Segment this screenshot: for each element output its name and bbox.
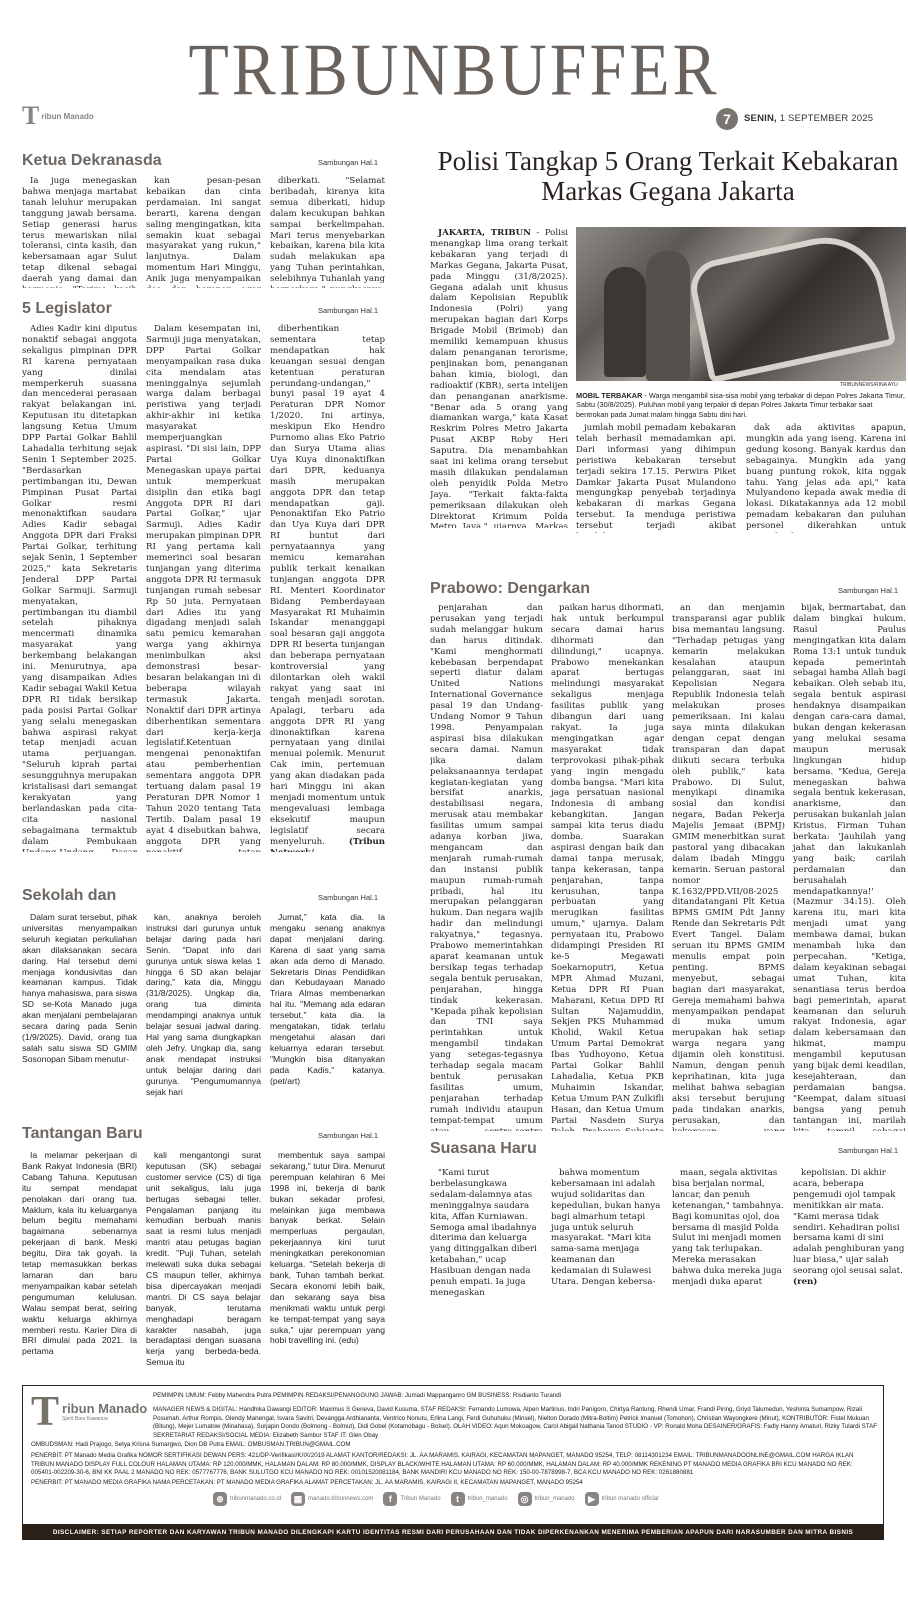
article-prabowo: penjarahan dan perusakan yang terjadi su…	[430, 603, 906, 1131]
footer-logo: T ribun Manado Spirit Baru Kawanua	[31, 1392, 147, 1432]
youtube-icon: ▶	[585, 1492, 599, 1506]
tribun-manado-logo: T ribun Manado	[22, 104, 94, 128]
sambungan-suasana: Sambungan Hal.1	[838, 1146, 898, 1155]
article-text: - Polisi menangkap lima orang terkait ke…	[430, 228, 568, 528]
article-tantangan: Ia melamar pekerjaan di Bank Rakyat Indo…	[22, 1150, 385, 1372]
globe-icon: ⊕	[213, 1492, 227, 1506]
news-photo-burnt-car	[576, 227, 906, 381]
issue-day: SENIN,	[744, 113, 777, 124]
imprint-leaders: PEMIMPIN UMUM: Febby Mahendra Putra PEMI…	[153, 1392, 879, 1401]
social-label: tribun_manado	[468, 1496, 508, 1502]
sambungan-legislator: Sambungan Hal.1	[318, 306, 378, 315]
article-text: Jumat," kata dia. Ia mengaku senang anak…	[270, 912, 385, 1087]
facebook-icon: f	[383, 1492, 397, 1506]
imprint-ombudsman: OMBUDSMAN: Hadi Prajogo, Setya Krisna Su…	[31, 1441, 877, 1450]
social-website[interactable]: ⊕tribunmanado.co.id	[213, 1492, 281, 1506]
article-suasana: "Kami turut berbelasungkawa sedalam-dala…	[430, 1168, 906, 1378]
photo-credit: TRIBUNNEWS/RINA AYU	[840, 382, 898, 388]
article-text: Adies Kadir kini diputus nonaktif sebaga…	[22, 324, 137, 852]
article-text: "Kami turut berbelasungkawa sedalam-dala…	[430, 1168, 543, 1299]
article-text: Dalam kesempatan ini, Sarmuji juga menya…	[146, 324, 261, 852]
section-title-ketua: Ketua Dekranasda	[22, 152, 162, 170]
sambungan-ketua: Sambungan Hal.1	[318, 158, 378, 167]
imprint-printer: PENERBIT: PT MANADO MEDIA GRAFIKA NAMA P…	[31, 1479, 877, 1488]
article-text: Dalam surat tersebut, pihak universitas …	[22, 912, 137, 1065]
article-text: jumlah mobil pemadam kebakaran telah ber…	[576, 423, 736, 533]
social-label: tribun_manado	[535, 1496, 575, 1502]
social-youtube[interactable]: ▶tribun manado official	[585, 1492, 659, 1506]
article-text: Ia juga menegaskan bahwa menjaga martaba…	[22, 176, 137, 288]
social-facebook[interactable]: fTribun Manado	[383, 1492, 440, 1506]
social-label: manado.tribunnews.com	[308, 1496, 373, 1502]
photo-figure	[604, 267, 646, 377]
article-legislator: Adies Kadir kini diputus nonaktif sebaga…	[22, 324, 385, 852]
imprint-staff: MANAGER NEWS & DIGITAL: Handhika Dawangi…	[153, 1406, 879, 1440]
article-text: dak ada aktivitas apapun, mungkin ada ya…	[746, 423, 906, 533]
article-text: paikan harus dihormati, hak untuk berkum…	[551, 603, 664, 1131]
photo-burnt-car	[686, 227, 897, 381]
article-text: bijak, bermartabat, dan dalam bingkai hu…	[793, 603, 906, 1131]
article-sekolah: Dalam surat tersebut, pihak universitas …	[22, 912, 385, 1102]
section-title-tantangan: Tantangan Baru	[22, 1125, 143, 1143]
imprint-box: T ribun Manado Spirit Baru Kawanua PEMIM…	[22, 1385, 884, 1525]
social-links: ⊕tribunmanado.co.id ▦manado.tribunnews.c…	[213, 1492, 659, 1506]
web-icon: ▦	[291, 1492, 305, 1506]
imprint-publisher: PENERBIT: PT Manado Media Grafika NOMOR …	[31, 1452, 877, 1478]
section-title-prabowo: Prabowo: Dengarkan	[430, 580, 590, 598]
social-web-portal[interactable]: ▦manado.tribunnews.com	[291, 1492, 373, 1506]
issue-date: SENIN, 1 SEPTEMBER 2025	[744, 113, 873, 124]
logo-initial: T	[22, 104, 39, 128]
article-signature: (ren)	[793, 1277, 817, 1287]
main-headline: Polisi Tangkap 5 Orang Terkait Kebakaran…	[430, 146, 906, 206]
social-instagram[interactable]: ◎tribun_manado	[518, 1492, 575, 1506]
article-text: an dan menjamin transparansi agar publik…	[672, 603, 785, 1131]
sambungan-sekolah: Sambungan Hal.1	[318, 893, 378, 902]
footer-logo-initial: T	[31, 1392, 59, 1432]
article-text: bahwa momentum kebersamaan ini adalah wu…	[551, 1168, 664, 1288]
social-twitter[interactable]: ttribun_manado	[451, 1492, 508, 1506]
article-text: diberkati. "Selamat beribadah, kiranya k…	[270, 176, 385, 288]
page-number-badge: 7	[716, 108, 738, 130]
article-text: diberhentikan sementara tetap mendapatka…	[270, 324, 385, 847]
instagram-icon: ◎	[518, 1492, 532, 1506]
section-title-sekolah: Sekolah dan	[22, 887, 116, 905]
main-story-cols: jumlah mobil pemadam kebakaran telah ber…	[576, 423, 906, 533]
footer-logo-tagline: Spirit Baru Kawanua	[62, 1416, 147, 1422]
footer-logo-name: ribun Manado	[62, 1402, 147, 1416]
article-text: penjarahan dan perusakan yang terjadi su…	[430, 603, 543, 1131]
social-label: tribun manado official	[602, 1496, 659, 1502]
photo-figure	[646, 251, 690, 381]
article-text: kan, anaknya beroleh instruksi dari guru…	[146, 912, 261, 1097]
article-text: Ia melamar pekerjaan di Bank Rakyat Indo…	[22, 1150, 137, 1357]
article-text: kepolisian. Di akhir acara, beberapa pen…	[793, 1168, 904, 1276]
article-text: membentuk saya sampai sekarang," tutur D…	[270, 1150, 385, 1346]
section-title-legislator: 5 Legislator	[22, 300, 112, 318]
disclaimer-bar: DISCLAIMER: SETIAP REPORTER DAN KARYAWAN…	[22, 1525, 884, 1540]
article-ketua: Ia juga menegaskan bahwa menjaga martaba…	[22, 176, 385, 288]
twitter-icon: t	[451, 1492, 465, 1506]
caption-lead: MOBIL TERBAKAR	[576, 391, 642, 400]
social-label: tribunmanado.co.id	[230, 1496, 281, 1502]
issue-date-text: 1 SEPTEMBER 2025	[777, 113, 873, 124]
masthead-title: TRIBUNBUFFER	[0, 32, 908, 110]
main-story-col1: JAKARTA, TRIBUN - Polisi menangkap lima …	[430, 228, 568, 528]
sambungan-tantangan: Sambungan Hal.1	[318, 1131, 378, 1140]
sambungan-prabowo: Sambungan Hal.1	[838, 586, 898, 595]
article-text: kali mengantongi surat keputusan (SK) se…	[146, 1150, 261, 1368]
logo-name: ribun Manado	[41, 112, 93, 121]
dateline: JAKARTA, TRIBUN	[438, 228, 531, 238]
social-label: Tribun Manado	[400, 1496, 440, 1502]
photo-caption: MOBIL TERBAKAR - Warga mengambil sisa-si…	[576, 391, 906, 419]
article-text: maan, segala aktivitas bisa berjalan nor…	[672, 1168, 785, 1288]
section-title-suasana: Suasana Haru	[430, 1140, 537, 1158]
article-text: kan pesan-pesan kebaikan dan cinta perda…	[146, 176, 261, 288]
